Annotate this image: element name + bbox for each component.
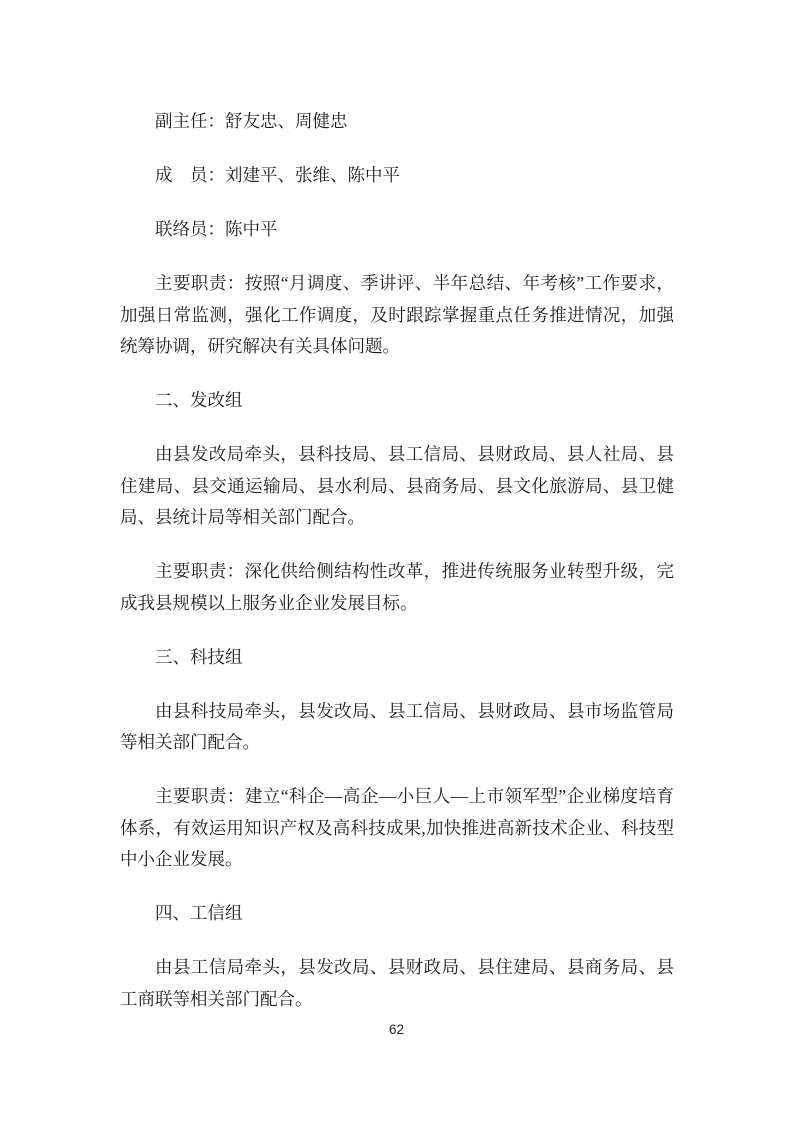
paragraph-fagai-duties: 主要职责：深化供给侧结构性改革，推进传统服务业转型升级，完成我县规模以上服务业企… [120,556,674,619]
document-page: 副主任：舒友忠、周健忠 成 员：刘建平、张维、陈中平 联络员：陈中平 主要职责：… [0,0,793,1122]
section-heading-keji-group: 三、科技组 [120,642,674,674]
paragraph-fagai-lead-units: 由县发改局牵头，县科技局、县工信局、县财政局、县人社局、县住建局、县交通运输局、… [120,439,674,534]
paragraph-keji-duties: 主要职责：建立“科企—高企—小巨人—上市领军型”企业梯度培育体系，有效运用知识产… [120,781,674,876]
section-heading-gongxin-group: 四、工信组 [120,898,674,930]
section-heading-fagai-group: 二、发改组 [120,385,674,417]
paragraph-deputy-directors: 副主任：舒友忠、周健忠 [120,106,674,138]
paragraph-members: 成 员：刘建平、张维、陈中平 [120,160,674,192]
paragraph-liaison: 联络员：陈中平 [120,214,674,246]
paragraph-duties-coordination: 主要职责：按照“月调度、季讲评、半年总结、年考核”工作要求，加强日常监测，强化工… [120,268,674,363]
paragraph-gongxin-lead-units: 由县工信局牵头，县发改局、县财政局、县住建局、县商务局、县工商联等相关部门配合。 [120,952,674,1015]
paragraph-keji-lead-units: 由县科技局牵头，县发改局、县工信局、县财政局、县市场监管局等相关部门配合。 [120,696,674,759]
page-number: 62 [0,1022,793,1037]
document-body: 副主任：舒友忠、周健忠 成 员：刘建平、张维、陈中平 联络员：陈中平 主要职责：… [120,106,674,1038]
